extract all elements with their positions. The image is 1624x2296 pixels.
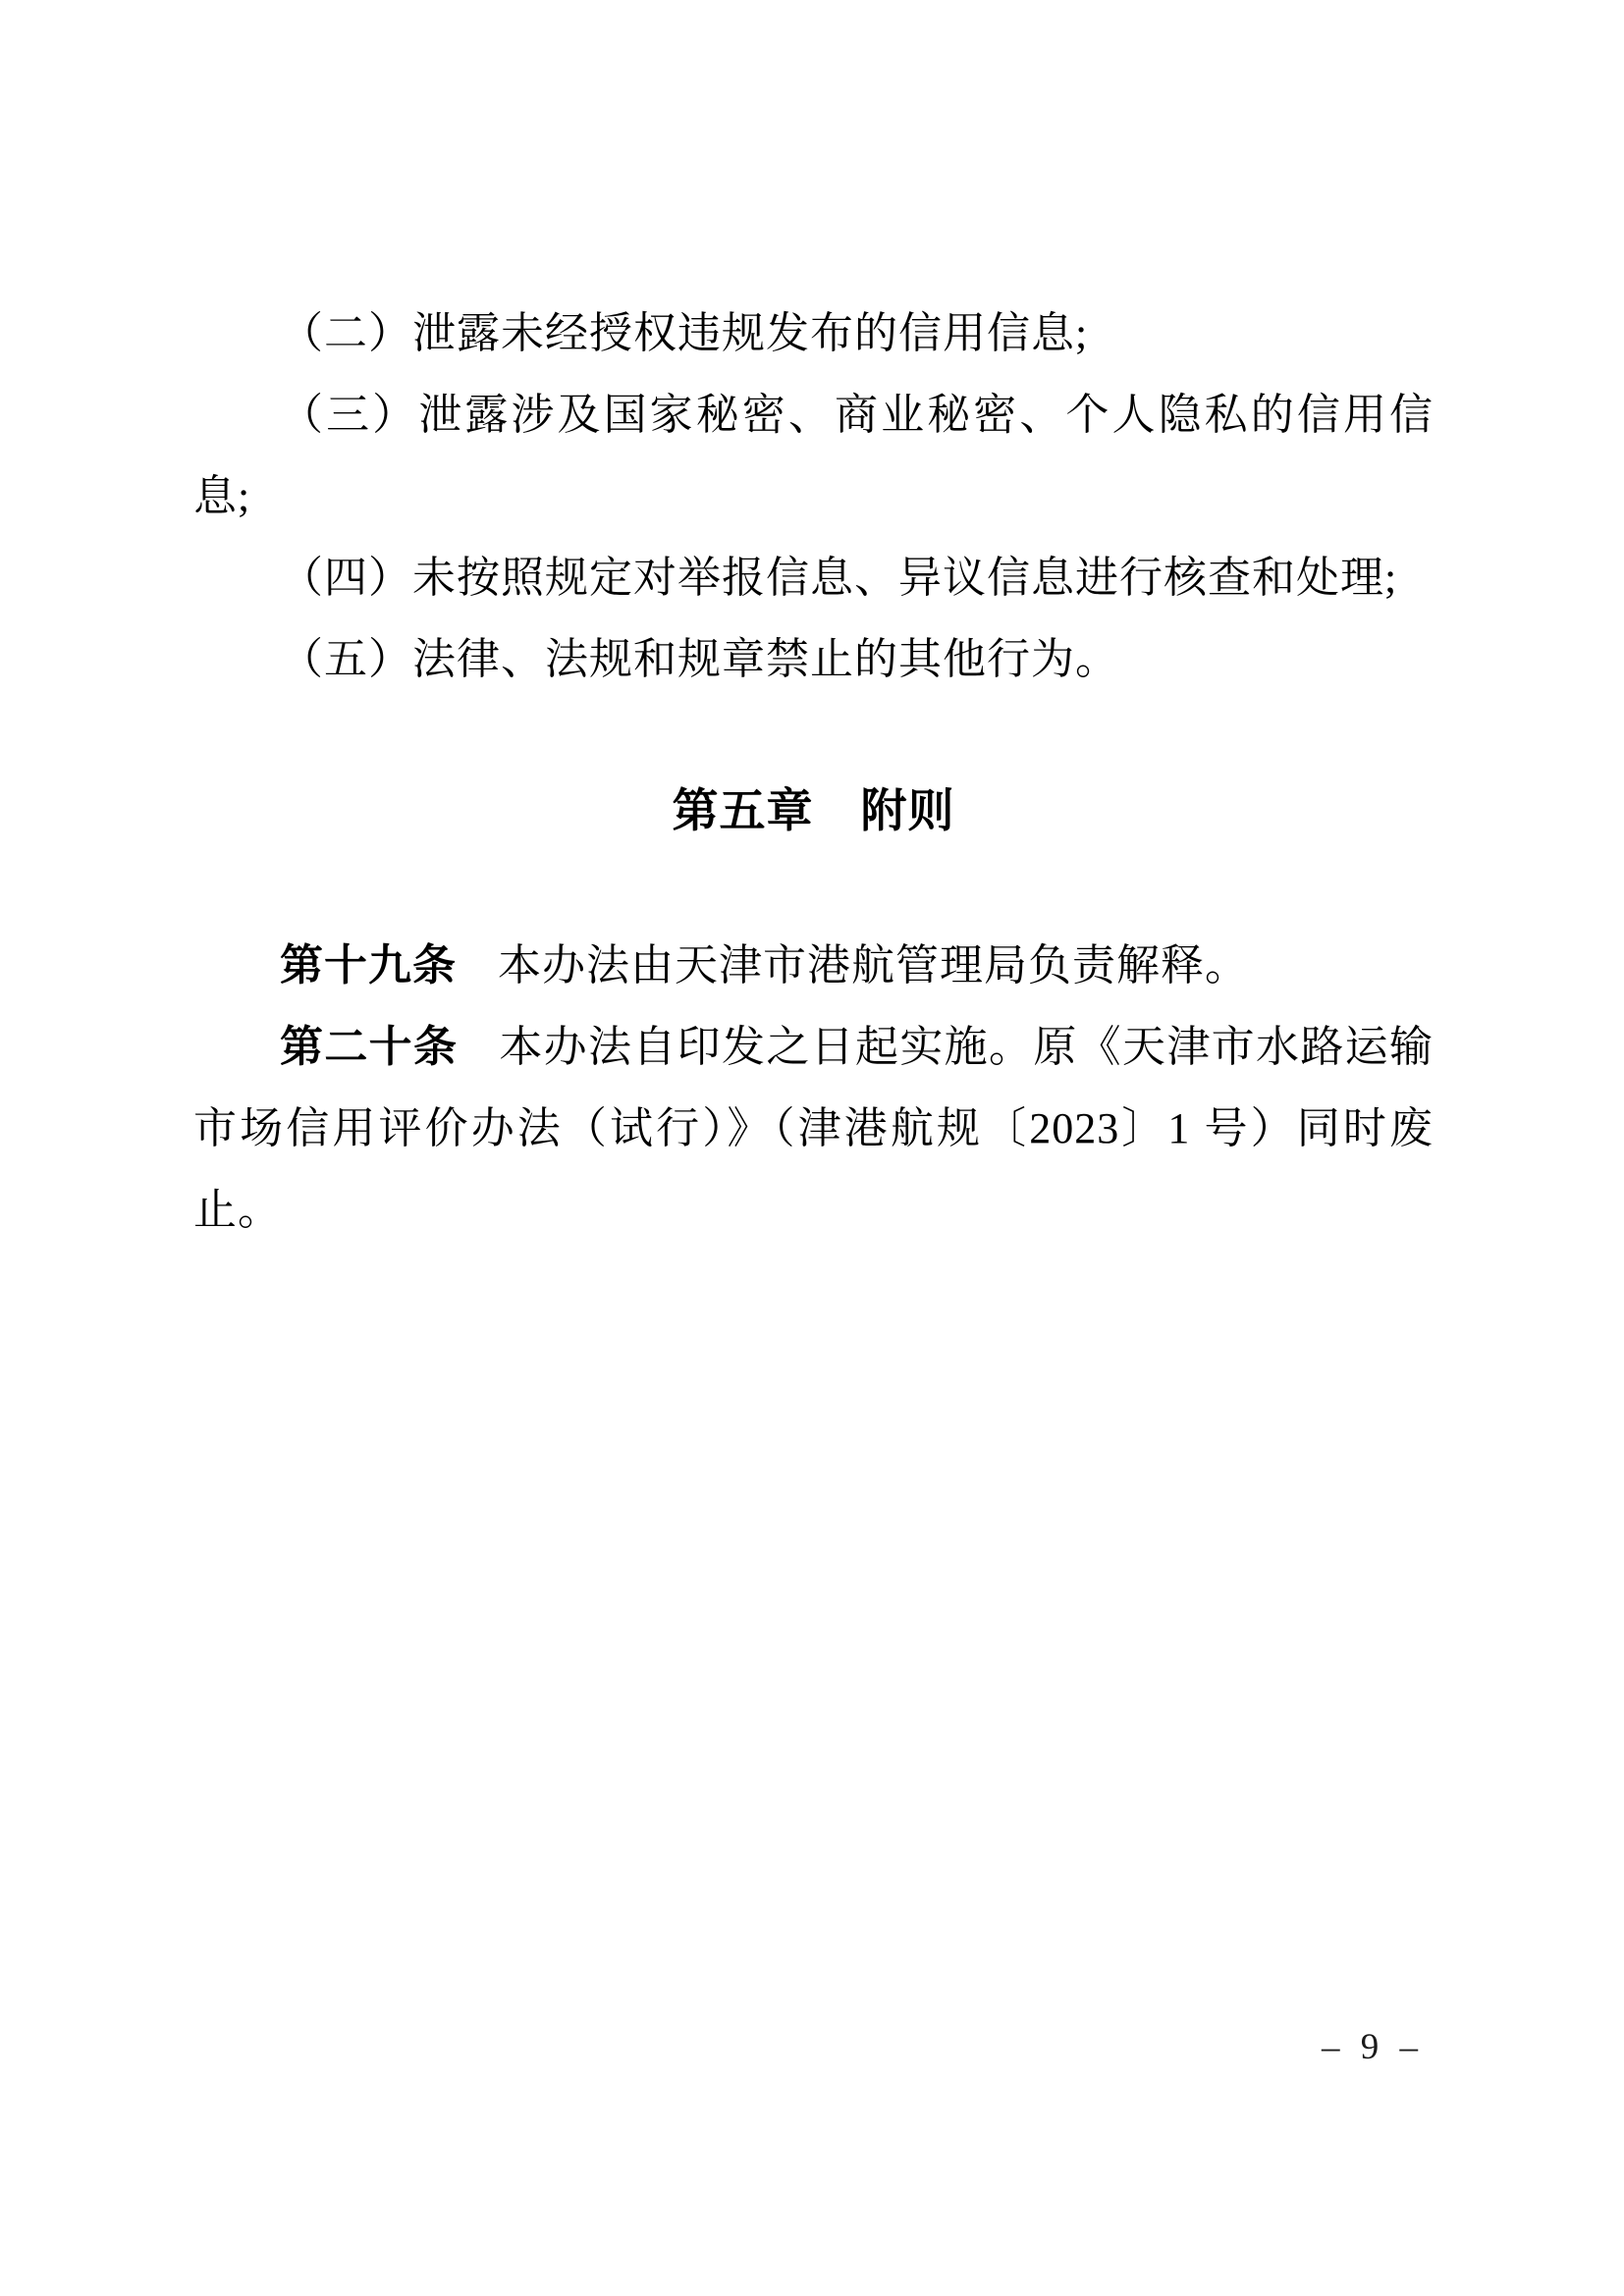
article-19-text: 本办法由天津市港航管理局负责解释。 bbox=[498, 941, 1249, 989]
article-19-label: 第十九条 bbox=[280, 941, 457, 989]
list-item-3: （三）泄露涉及国家秘密、商业秘密、个人隐私的信用信息; bbox=[193, 374, 1434, 537]
article-19: 第十九条本办法由天津市港航管理局负责解释。 bbox=[193, 925, 1434, 1006]
list-item-5: （五）法律、法规和规章禁止的其他行为。 bbox=[193, 618, 1434, 700]
page-number: – 9 – bbox=[1322, 2024, 1424, 2071]
article-20: 第二十条本办法自印发之日起实施。原《天津市水路运输市场信用评价办法（试行）》（津… bbox=[193, 1006, 1434, 1251]
article-20-label: 第二十条 bbox=[280, 1023, 458, 1071]
list-item-2: （二）泄露未经授权违规发布的信用信息; bbox=[193, 293, 1434, 374]
document-page: （二）泄露未经授权违规发布的信用信息; （三）泄露涉及国家秘密、商业秘密、个人隐… bbox=[0, 0, 1624, 2296]
chapter-heading: 第五章 附则 bbox=[193, 770, 1434, 851]
document-body: （二）泄露未经授权违规发布的信用信息; （三）泄露涉及国家秘密、商业秘密、个人隐… bbox=[193, 293, 1434, 1251]
list-item-4: （四）未按照规定对举报信息、异议信息进行核查和处理; bbox=[193, 537, 1434, 618]
